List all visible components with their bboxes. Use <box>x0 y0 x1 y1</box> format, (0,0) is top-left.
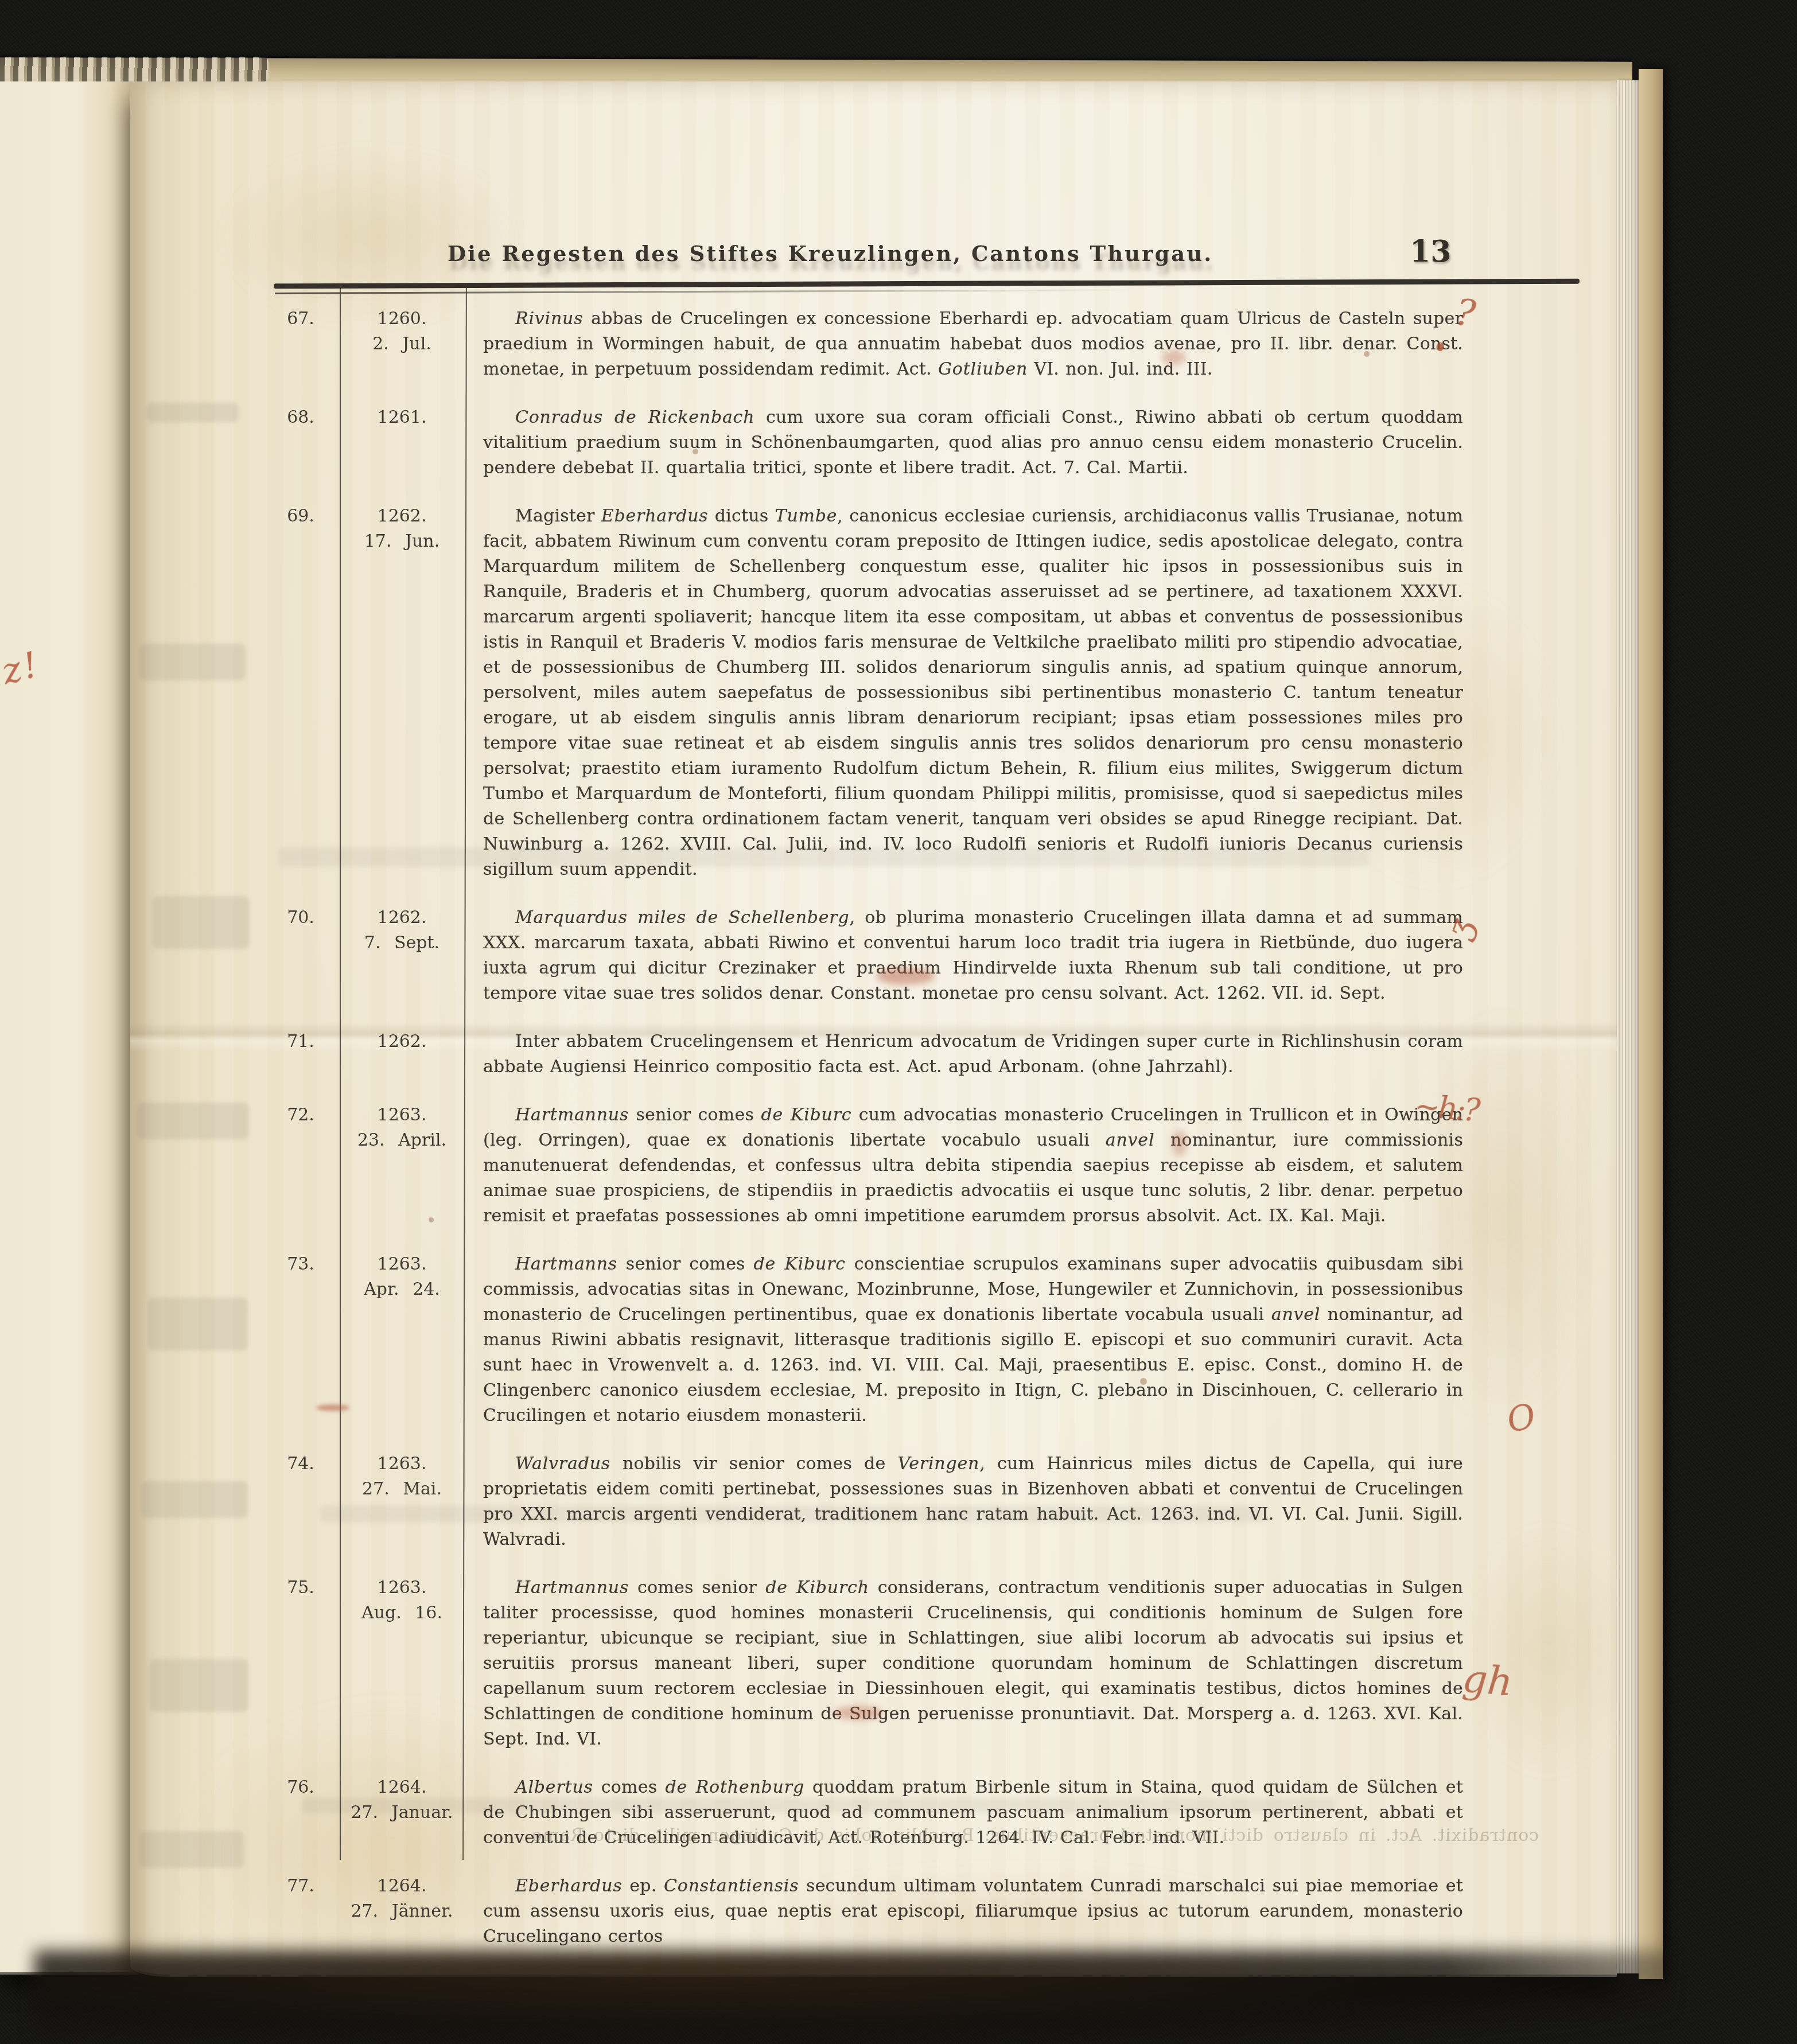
red-ink-margin-note: iz! <box>0 643 44 695</box>
running-title: Die Regesten des Stiftes Kreuzlingen, Ca… <box>130 241 1530 266</box>
entry-date: 1263.23. April. <box>340 1103 464 1229</box>
page-number: 13 <box>1410 234 1451 269</box>
regesta-entry: 77.1264.27. Jänner.Eberhardus ep. Consta… <box>247 1874 1463 1949</box>
bleed-through-smudge <box>139 1831 244 1868</box>
red-annotation-loop: O <box>1503 1396 1539 1442</box>
bleed-through-smudge <box>147 1298 248 1350</box>
offset-ghost-text: contradixit. Act. in claustro dicti mona… <box>391 1825 1539 1846</box>
entry-text: Marquardus miles de Schellenberg, ob plu… <box>464 905 1463 1006</box>
bleed-through-smudge <box>142 1481 248 1518</box>
entry-year: 1261. <box>340 405 464 430</box>
regesta-entry: 67.1260.2. Jul.Rivinus abbas de Crucelin… <box>247 306 1463 382</box>
entry-date: 1263.Aug. 16. <box>340 1575 464 1752</box>
page-block-fore-edge <box>1617 80 1639 1973</box>
entry-text: Conradus de Rickenbach cum uxore sua cor… <box>464 405 1463 481</box>
bleed-through-smudge <box>137 1103 249 1139</box>
entry-number: 73. <box>247 1252 340 1428</box>
entry-number: 77. <box>247 1874 340 1949</box>
entry-year: 1263. <box>340 1252 464 1277</box>
entry-text: Eberhardus ep. Constantiensis secundum u… <box>464 1874 1463 1949</box>
entry-number: 71. <box>247 1029 340 1080</box>
entry-number: 72. <box>247 1103 340 1229</box>
entry-date: 1263.27. Mai. <box>340 1451 464 1552</box>
entry-day: 27. Mai. <box>340 1477 464 1502</box>
regesta-entries: 67.1260.2. Jul.Rivinus abbas de Crucelin… <box>247 306 1463 1972</box>
entry-year: 1262. <box>340 504 464 529</box>
regesta-entry: 68.1261.Conradus de Rickenbach cum uxore… <box>247 405 1463 481</box>
entry-day: Aug. 16. <box>340 1601 464 1626</box>
entry-day: 27. Jänner. <box>340 1899 464 1924</box>
entry-text: Walvradus nobilis vir senior comes de Ve… <box>464 1451 1463 1552</box>
regesta-entry: 70.1262.7. Sept.Marquardus miles de Sche… <box>247 905 1463 1006</box>
entry-number: 68. <box>247 405 340 481</box>
entry-text: Hartmannus senior comes de Kiburc cum ad… <box>464 1103 1463 1229</box>
entry-date: 1260.2. Jul. <box>340 306 464 382</box>
red-ink-smudge <box>1162 350 1186 365</box>
entry-day: 27. Januar. <box>340 1800 464 1825</box>
entry-text: Inter abbatem Crucelingensem et Henricum… <box>464 1029 1463 1080</box>
entry-day: 23. April. <box>340 1128 464 1153</box>
red-annotation-dash-query: ~h:? <box>1413 1088 1479 1128</box>
entry-year: 1264. <box>340 1775 464 1800</box>
entry-date: 1262. <box>340 1029 464 1080</box>
book-scan: iz! Die Regesten des Stiftes Kreuzlingen… <box>0 0 1797 2044</box>
bleed-through-smudge <box>150 1659 248 1712</box>
red-ink-smudge <box>876 968 935 985</box>
entry-date: 1263.Apr. 24. <box>340 1252 464 1428</box>
entry-year: 1262. <box>340 905 464 930</box>
entry-number: 70. <box>247 905 340 1006</box>
cast-shadow <box>34 1950 1670 2044</box>
red-ink-smudge <box>1172 1130 1187 1157</box>
facing-page-edge: iz! <box>0 81 139 1972</box>
regesta-entry: 69.1262.17. Jun.Magister Eberhardus dict… <box>247 504 1463 882</box>
regesta-entry: 75.1263.Aug. 16.Hartmannus comes senior … <box>247 1575 1463 1752</box>
red-annotation-question-mark: ? <box>1453 291 1478 336</box>
red-ink-smudge <box>834 1706 883 1720</box>
bleed-through-smudge <box>146 403 238 422</box>
regesta-entry: 73.1263.Apr. 24.Hartmanns senior comes d… <box>247 1252 1463 1428</box>
entry-date: 1261. <box>340 405 464 481</box>
entry-number: 69. <box>247 504 340 882</box>
header-rule <box>274 279 1580 289</box>
entry-number: 74. <box>247 1451 340 1552</box>
entry-day: 7. Sept. <box>340 930 464 956</box>
paper-stain <box>222 150 520 322</box>
entry-year: 1260. <box>340 306 464 332</box>
bleed-through-smudge <box>139 644 246 680</box>
entry-date: 1262.17. Jun. <box>340 504 464 882</box>
entry-number: 67. <box>247 306 340 382</box>
entry-year: 1264. <box>340 1874 464 1899</box>
entry-day: 2. Jul. <box>340 332 464 357</box>
entry-year: 1262. <box>340 1029 464 1054</box>
entry-number: 76. <box>247 1775 340 1851</box>
entry-date: 1262.7. Sept. <box>340 905 464 1006</box>
regesta-entry: 74.1263.27. Mai.Walvradus nobilis vir se… <box>247 1451 1463 1552</box>
entry-number: 75. <box>247 1575 340 1752</box>
regesta-entry: 71.1262.Inter abbatem Crucelingensem et … <box>247 1029 1463 1080</box>
page: Die Regesten des Stiftes Kreuzlingen, Ca… <box>130 81 1617 1975</box>
red-annotation-flourish: gh <box>1461 1656 1515 1705</box>
headband <box>0 57 269 81</box>
entry-year: 1263. <box>340 1451 464 1477</box>
entry-text: Hartmanns senior comes de Kiburc conscie… <box>464 1252 1463 1428</box>
entry-year: 1263. <box>340 1575 464 1601</box>
paper-stain <box>1467 1527 1628 1774</box>
cover-board-edge <box>1639 69 1663 1979</box>
red-ink-underline <box>316 1404 349 1411</box>
entry-date: 1264.27. Jänner. <box>340 1874 464 1949</box>
entry-year: 1263. <box>340 1103 464 1128</box>
entry-day: Apr. 24. <box>340 1277 464 1302</box>
entry-text: Rivinus abbas de Crucelingen ex concessi… <box>464 306 1463 382</box>
entry-day: 17. Jun. <box>340 529 464 554</box>
entry-text: Magister Eberhardus dictus Tumbe, canoni… <box>464 504 1463 882</box>
header-rule-thin <box>275 289 1135 294</box>
entry-text: Hartmannus comes senior de Kiburch consi… <box>464 1575 1463 1752</box>
bleed-through-smudge <box>152 896 250 949</box>
regesta-entry: 72.1263.23. April.Hartmannus senior come… <box>247 1103 1463 1229</box>
